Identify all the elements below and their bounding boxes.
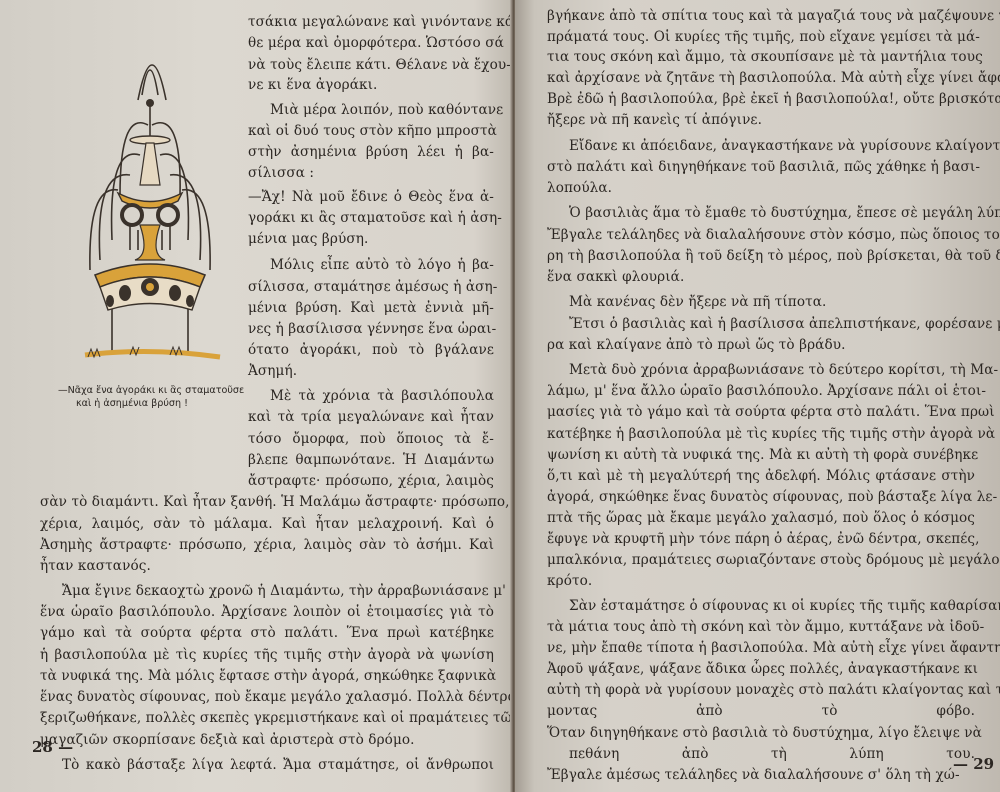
text-line: τια τους σκόνη καὶ ἄμμο, τὰ σκουπίσανε μ… [547,49,975,66]
text-line: πτὰ τῆς ὥρας μὰ ἔκαμε μεγάλο χαλασμό, πο… [547,510,975,527]
text-line: ἀγορά, σηκώθηκε ἕνας δυνατὸς σίφουνας, π… [547,489,975,506]
page-number-left: 28 — [32,738,73,756]
text-line: τὰ νυφικά της. Μὰ μόλις ἔφτασε στὴν ἀγορ… [40,668,494,685]
illustration-caption: —Νᾶχα ἕνα ἀγοράκι κι ἂς σταματοῦσε καὶ ἡ… [58,384,244,410]
text-line: στὴν ἀσημένια βρύση λέει ἡ βα- [248,144,494,161]
text-line: ἤξερε νὰ πῆ κανεὶς τί ἀπόγινε. [547,112,975,129]
text-line: νε κι ἕνα ἀγοράκι. [248,77,494,94]
text-line: γάμο καὶ τὰ σούρτα φέρτα στὸ παλάτι. Ἕνα… [40,625,494,642]
text-line: Μὲ τὰ χρόνια τὰ βασιλόπουλα [270,388,494,405]
text-line: Σὰν ἐσταμάτησε ὁ σίφουνας κι οἱ κυρίες τ… [569,598,975,615]
text-line: Μετὰ δυὸ χρόνια ἀρραβωνιάσανε τὸ δεύτερο… [569,362,975,379]
text-line: ἄστραφτε· πρόσωπο, χέρια, λαιμὸς [248,473,494,490]
text-line: νὰ τοὺς ἔλειπε κάτι. Θέλανε νὰ ἔχου- [248,57,494,74]
text-line: σίλισσα : [248,165,494,182]
text-line: λάμω, μ' ἕνα ἄλλο ὡραῖο βασιλόπουλο. Ἀρχ… [547,383,975,400]
text-line: Ἔβγαλε τελάληδες νὰ διαλαλήσουνε στὸν κό… [547,227,975,244]
text-line: μπαλκόνια, πραμάτειες σωριαζόντανε στοὺς… [547,552,975,569]
text-line: ἡ βασιλοπούλα μὲ τὶς κυρίες τῆς τιμῆς στ… [40,647,494,664]
caption-line: —Νᾶχα ἕνα ἀγοράκι κι ἂς σταματοῦσε [58,384,244,397]
text-line: στὸ παλάτι καὶ διηγηθήκανε τοῦ βασιλιᾶ, … [547,159,975,176]
text-line: μένια μας βρύση. [248,231,494,248]
text-line: ρα καὶ κλαίγανε ἀπὸ τὸ πρωὶ ὥς τὸ βράδυ. [547,337,975,354]
text-line: Ἀφοῦ ψάξανε, ψάξανε ἄδικα ὧρες πολλές, ἀ… [547,661,975,678]
text-line: καὶ τὰ τρία μεγαλώνανε καὶ ἦταν [248,409,494,426]
text-line: τσάκια μεγαλώνανε καὶ γινόντανε κά- [248,14,494,31]
text-line: νες ἡ βασίλισσα γέννησε ἕνα ὡραι- [248,321,494,338]
caption-line: καὶ ἡ ἀσημένια βρύση ! [58,397,244,410]
text-line: χέρια, λαιμός, σὰν τὸ μάλαμα. Καὶ ἦταν μ… [40,516,494,533]
text-line: ἕνας δυνατὸς σίφουνας, ποὺ ἔκαμε μεγάλο … [40,689,494,706]
text-line: πράματά τους. Οἱ κυρίες τῆς τιμῆς, ποὺ ε… [547,29,975,46]
text-line: κατέβηκε ἡ βασιλοπούλα μὲ τὶς κυρίες τῆς… [547,426,975,443]
text-line: ρη τὴ βασιλοπούλα ἢ τοῦ δείξη τὸ μέρος, … [547,248,975,265]
text-line: Ἀσημή. [248,363,494,380]
text-line: μοντας ἀπὸ τὸ φόβο. [547,703,975,720]
text-line: βγήκανε ἀπὸ τὰ σπίτια τους καὶ τὰ μαγαζι… [547,8,975,25]
text-line: ξεριζωθήκανε, πολλὲς σκεπὲς γκρεμιστήκαν… [40,710,494,727]
text-line: ότατο ἀγοράκι, ποὺ τὸ βγάλανε [248,342,494,359]
text-line: τὰ μάτια τους ἀπὸ τὴ σκόνη καὶ τὸν ἄμμο,… [547,619,975,636]
text-line: ὅ,τι καὶ μὲ τὴ μεγαλύτερή της ἀδελφή. Μό… [547,468,975,485]
text-line: Ἔβγαλε ἀμέσως τελάληδες νὰ διαλαλήσουνε … [547,767,975,784]
text-line: Ὅταν διηγηθήκανε στὸ βασιλιὰ τὸ δυστύχημ… [547,725,975,742]
text-line: ἔφυγε νὰ κρυφτῆ μὴν τόνε πάρη ὁ ἀέρας, ἐ… [547,531,975,548]
text-line: ψωνίση κι αὐτὴ τὰ νυφικά της. Μὰ κι αὐτὴ… [547,447,975,464]
text-line: βλεπε θαμπωνότανε. Ἡ Διαμάντω [248,452,494,469]
text-line: Ἄμα ἔγινε δεκαοχτὼ χρονῶ ἡ Διαμάντω, τὴν… [62,583,494,600]
text-line: πεθάνη ἀπὸ τὴ λύπη του. [569,746,975,763]
text-line: Ἔτσι ὁ βασιλιὰς καὶ ἡ βασίλισσα ἀπελπιστ… [569,316,975,333]
text-line: κρότο. [547,573,975,590]
text-line: σὰν τὸ διαμάντι. Καὶ ἦταν ξανθή. Ἡ Μαλάμ… [40,494,494,511]
text-line: αὐτὴ τὴ φορὰ νὰ γυρίσουν μοναχὲς στὸ παλ… [547,682,975,699]
text-line: τόσο ὄμορφα, ποὺ ὅποιος τὰ ἔ- [248,431,494,448]
text-line: Μιὰ μέρα λοιπόν, ποὺ καθόντανε [270,102,494,119]
text-line: Ὁ βασιλιὰς ἅμα τὸ ἔμαθε τὸ δυστύχημα, ἔπ… [569,205,975,222]
text-line: ἦταν καστανός. [40,558,494,575]
text-line: —Ἄχ! Νὰ μοῦ ἔδινε ὁ Θεὸς ἕνα ἀ- [248,189,494,206]
text-line: Εἴδανε κι ἀπόειδανε, ἀναγκαστήκανε νὰ γυ… [569,138,975,155]
text-line: μένια βρύση. Καὶ μετὰ ἐννιὰ μῆ- [248,300,494,317]
text-line: γοράκι κι ἂς σταματοῦσε καὶ ἡ ἀση- [248,210,494,227]
text-line: λοπούλα. [547,180,975,197]
text-line: μαγαζιῶν σκορπίσανε δεξιὰ καὶ ἀριστερὰ σ… [40,732,494,749]
right-page: βγήκανε ἀπὸ τὰ σπίτια τους καὶ τὰ μαγαζι… [515,0,1000,792]
text-line: καὶ ἀρχίσανε νὰ ζητᾶνε τὴ βασιλοπούλα. Μ… [547,70,975,87]
text-line: σίλισσα, σταμάτησε ἀμέσως ἡ ἀση- [248,279,494,296]
fountain-illustration [60,25,240,365]
page-number-right: — 29 [953,755,994,773]
text-line: μασίες γιὰ τὸ γάμο καὶ τὰ σούρτα φέρτα σ… [547,404,975,421]
text-line: ἕνα ὡραῖο βασιλόπουλο. Ἀρχίσανε λοιπὸν ο… [40,604,494,621]
left-page: —Νᾶχα ἕνα ἀγοράκι κι ἂς σταματοῦσε καὶ ἡ… [0,0,515,792]
text-line: νε, μὴν ἔπαθε τίποτα ἡ βασιλοπούλα. Μὰ α… [547,640,975,657]
text-line: ἕνα σακκὶ φλουριά. [547,269,975,286]
text-line: Βρὲ ἐδῶ ἡ βασιλοπούλα, βρὲ ἐκεῖ ἡ βασιλο… [547,91,975,108]
text-line: Μὰ κανένας δὲν ἤξερε νὰ πῆ τίποτα. [569,294,975,311]
text-line: Ἀσημὴς ἄστραφτε· πρόσωπο, χέρια, λαιμὸς … [40,537,494,554]
text-line: Μόλις εἶπε αὐτὸ τὸ λόγο ἡ βα- [270,257,494,274]
text-line: θε μέρα καὶ ὀμορφότερα. Ὡστόσο σά [248,35,494,52]
text-line: Τὸ κακὸ βάσταξε λίγα λεφτά. Ἄμα σταμάτησ… [62,757,494,774]
text-line: καὶ οἱ δυό τους στὸν κῆπο μπροστὰ [248,123,494,140]
